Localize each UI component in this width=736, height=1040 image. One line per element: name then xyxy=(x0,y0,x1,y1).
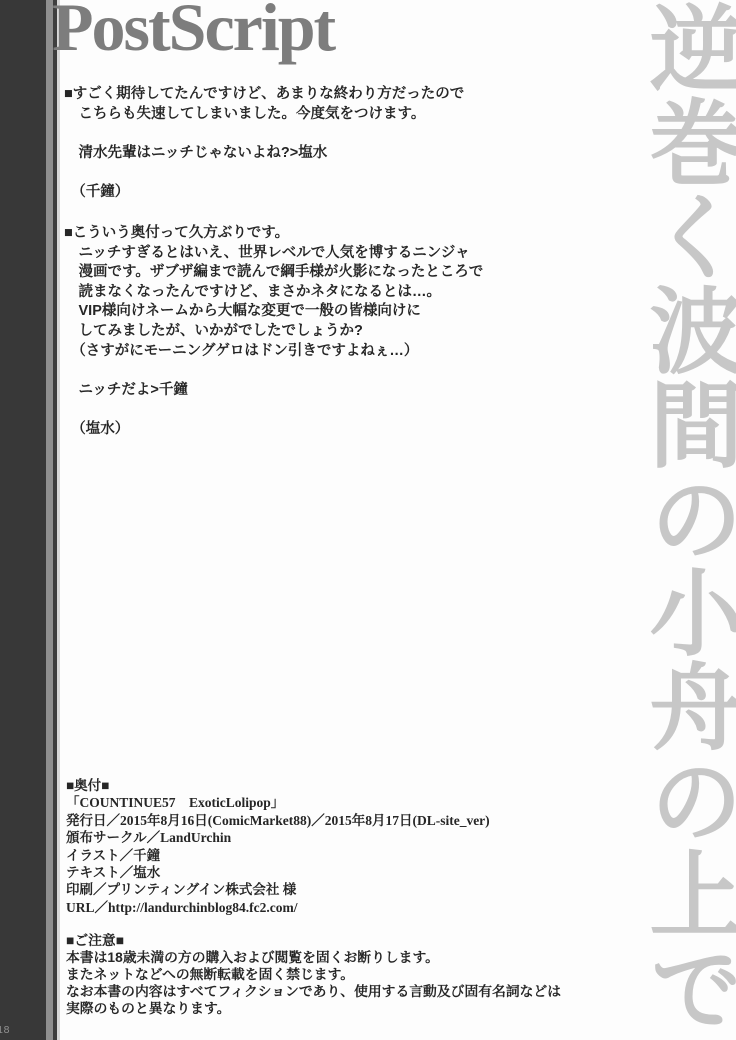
text-line: （さすがにモーニングゲロはドン引きですよねぇ…） xyxy=(64,342,483,362)
postscript-note-2: ■こういう奥付って久方ぶりです。 ニッチすぎるとはいえ、世界レベルで人気を博する… xyxy=(64,224,483,440)
text-line: 印刷／プリンティングイン株式会社 様 xyxy=(66,881,490,898)
text-line: またネットなどへの無断転載を固く禁じます。 xyxy=(66,967,561,984)
text-line: ■すごく期待してたんですけど、あまりな終わり方だったので xyxy=(64,85,464,105)
text-line: ニッチすぎるとはいえ、世界レベルで人気を博するニンジャ xyxy=(64,244,483,264)
text-line: ニッチだよ>千鐘 xyxy=(64,381,483,401)
text-line: URL／http://landurchinblog84.fc2.com/ xyxy=(66,899,490,916)
text-line: こちらも失速してしまいました。今度気をつけます。 xyxy=(64,105,464,125)
scan-gutter-shadow xyxy=(57,0,60,1040)
text-line xyxy=(64,400,483,420)
scan-gutter-highlight xyxy=(46,0,53,1040)
colophon: ■奥付■「COUNTINUE57 ExoticLolipop」発行日／2015年… xyxy=(66,777,490,916)
text-line xyxy=(64,124,464,144)
scanned-page: 18 PostScript 逆巻く波間の小舟の上で ■すごく期待してたんですけど… xyxy=(0,0,736,1040)
text-line: ■ご注意■ xyxy=(66,933,561,950)
postscript-note-1: ■すごく期待してたんですけど、あまりな終わり方だったので こちらも失速してしまい… xyxy=(64,85,464,203)
text-line: なお本書の内容はすべてフィクションであり、使用する言動及び固有名詞などは xyxy=(66,984,561,1001)
text-line: （千鐘） xyxy=(64,183,464,203)
text-line: テキスト／塩水 xyxy=(66,864,490,881)
text-line: イラスト／千鐘 xyxy=(66,847,490,864)
page-title: PostScript xyxy=(52,0,334,67)
text-line: 本書は18歳未満の方の購入および閲覧を固くお断りします。 xyxy=(66,950,561,967)
text-line: 発行日／2015年8月16日(ComicMarket88)／2015年8月17日… xyxy=(66,812,490,829)
text-line xyxy=(64,163,464,183)
text-line: VIP様向けネームから大幅な変更で一般の皆様向けに xyxy=(64,302,483,322)
page-number: 18 xyxy=(0,1025,15,1036)
text-line: 読まなくなったんですけど、まさかネタになるとは…。 xyxy=(64,283,483,303)
text-line xyxy=(64,361,483,381)
text-line: 頒布サークル／LandUrchin xyxy=(66,829,490,846)
text-line: ■奥付■ xyxy=(66,777,490,794)
text-line: 清水先輩はニッチじゃないよね?>塩水 xyxy=(64,144,464,164)
notice: ■ご注意■本書は18歳未満の方の購入および閲覧を固くお断りします。またネットなど… xyxy=(66,933,561,1018)
side-title-vertical: 逆巻く波間の小舟の上で xyxy=(638,0,736,1040)
text-line: してみましたが、いかがでしたでしょうか? xyxy=(64,322,483,342)
text-line: 漫画です。ザブザ編まで読んで綱手様が火影になったところで xyxy=(64,263,483,283)
text-line: 実際のものと異なります。 xyxy=(66,1001,561,1018)
text-line: （塩水） xyxy=(64,420,483,440)
text-line: ■こういう奥付って久方ぶりです。 xyxy=(64,224,483,244)
scan-gutter-bar xyxy=(0,0,46,1040)
text-line: 「COUNTINUE57 ExoticLolipop」 xyxy=(66,794,490,811)
